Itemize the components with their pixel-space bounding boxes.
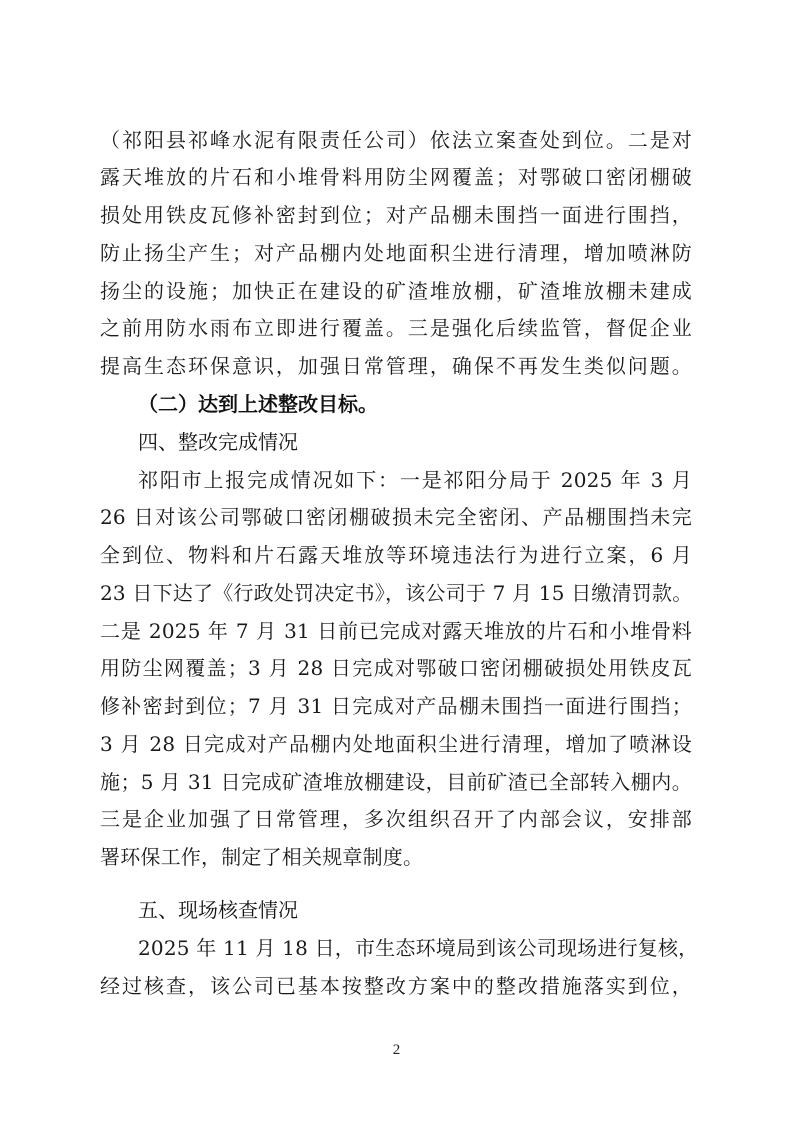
paragraph-line: 全到位、物料和片石露天堆放等环境违法行为进行立案，6 月 — [100, 542, 692, 568]
paragraph-line: 祁阳市上报完成情况如下：一是祁阳分局于 2025 年 3 月 — [138, 467, 692, 493]
paragraph-line: 用防尘网覆盖；3 月 28 日完成对鄂破口密闭棚破损处用铁皮瓦 — [100, 655, 692, 681]
paragraph-line: （祁阳县祁峰水泥有限责任公司）依法立案查处到位。二是对 — [100, 127, 692, 153]
paragraph-line: 26 日对该公司鄂破口密闭棚破损未完全密闭、产品棚围挡未完 — [100, 504, 692, 530]
paragraph-line: 施；5 月 31 日完成矿渣堆放棚建设，目前矿渣已全部转入棚内。 — [100, 769, 692, 795]
paragraph-line: 之前用防水雨布立即进行覆盖。三是强化后续监管，督促企业 — [100, 315, 692, 341]
paragraph-line: 23 日下达了《行政处罚决定书》，该公司于 7 月 15 日缴清罚款。 — [100, 580, 692, 606]
section-heading-4: 四、整改完成情况 — [138, 429, 298, 455]
paragraph-line: 扬尘的设施；加快正在建设的矿渣堆放棚，矿渣堆放棚未建成 — [100, 278, 692, 304]
paragraph-line: 防止扬尘产生；对产品棚内处地面积尘进行清理，增加喷淋防 — [100, 240, 692, 266]
subsection-heading: （二）达到上述整改目标。 — [138, 391, 378, 417]
paragraph-line: 署环保工作，制定了相关规章制度。 — [100, 844, 692, 870]
paragraph-line: 露天堆放的片石和小堆骨料用防尘网覆盖；对鄂破口密闭棚破 — [100, 164, 692, 190]
paragraph-line: 损处用铁皮瓦修补密封到位；对产品棚未围挡一面进行围挡， — [100, 202, 692, 228]
paragraph-line: 提高生态环保意识，加强日常管理，确保不再发生类似问题。 — [100, 353, 692, 379]
paragraph-line: 修补密封到位；7 月 31 日完成对产品棚未围挡一面进行围挡； — [100, 693, 692, 719]
section-heading-5: 五、现场核查情况 — [138, 897, 298, 923]
paragraph-line: 三是企业加强了日常管理，多次组织召开了内部会议，安排部 — [100, 806, 692, 832]
paragraph-line: 经过核查，该公司已基本按整改方案中的整改措施落实到位， — [100, 973, 692, 999]
document-page: （祁阳县祁峰水泥有限责任公司）依法立案查处到位。二是对 露天堆放的片石和小堆骨料… — [0, 0, 793, 1122]
paragraph-line: 3 月 28 日完成对产品棚内处地面积尘进行清理，增加了喷淋设 — [100, 731, 692, 757]
page-number: 2 — [0, 1040, 793, 1060]
paragraph-line: 2025 年 11 月 18 日，市生态环境局到该公司现场进行复核， — [138, 935, 692, 961]
paragraph-line: 二是 2025 年 7 月 31 日前已完成对露天堆放的片石和小堆骨料 — [100, 618, 692, 644]
